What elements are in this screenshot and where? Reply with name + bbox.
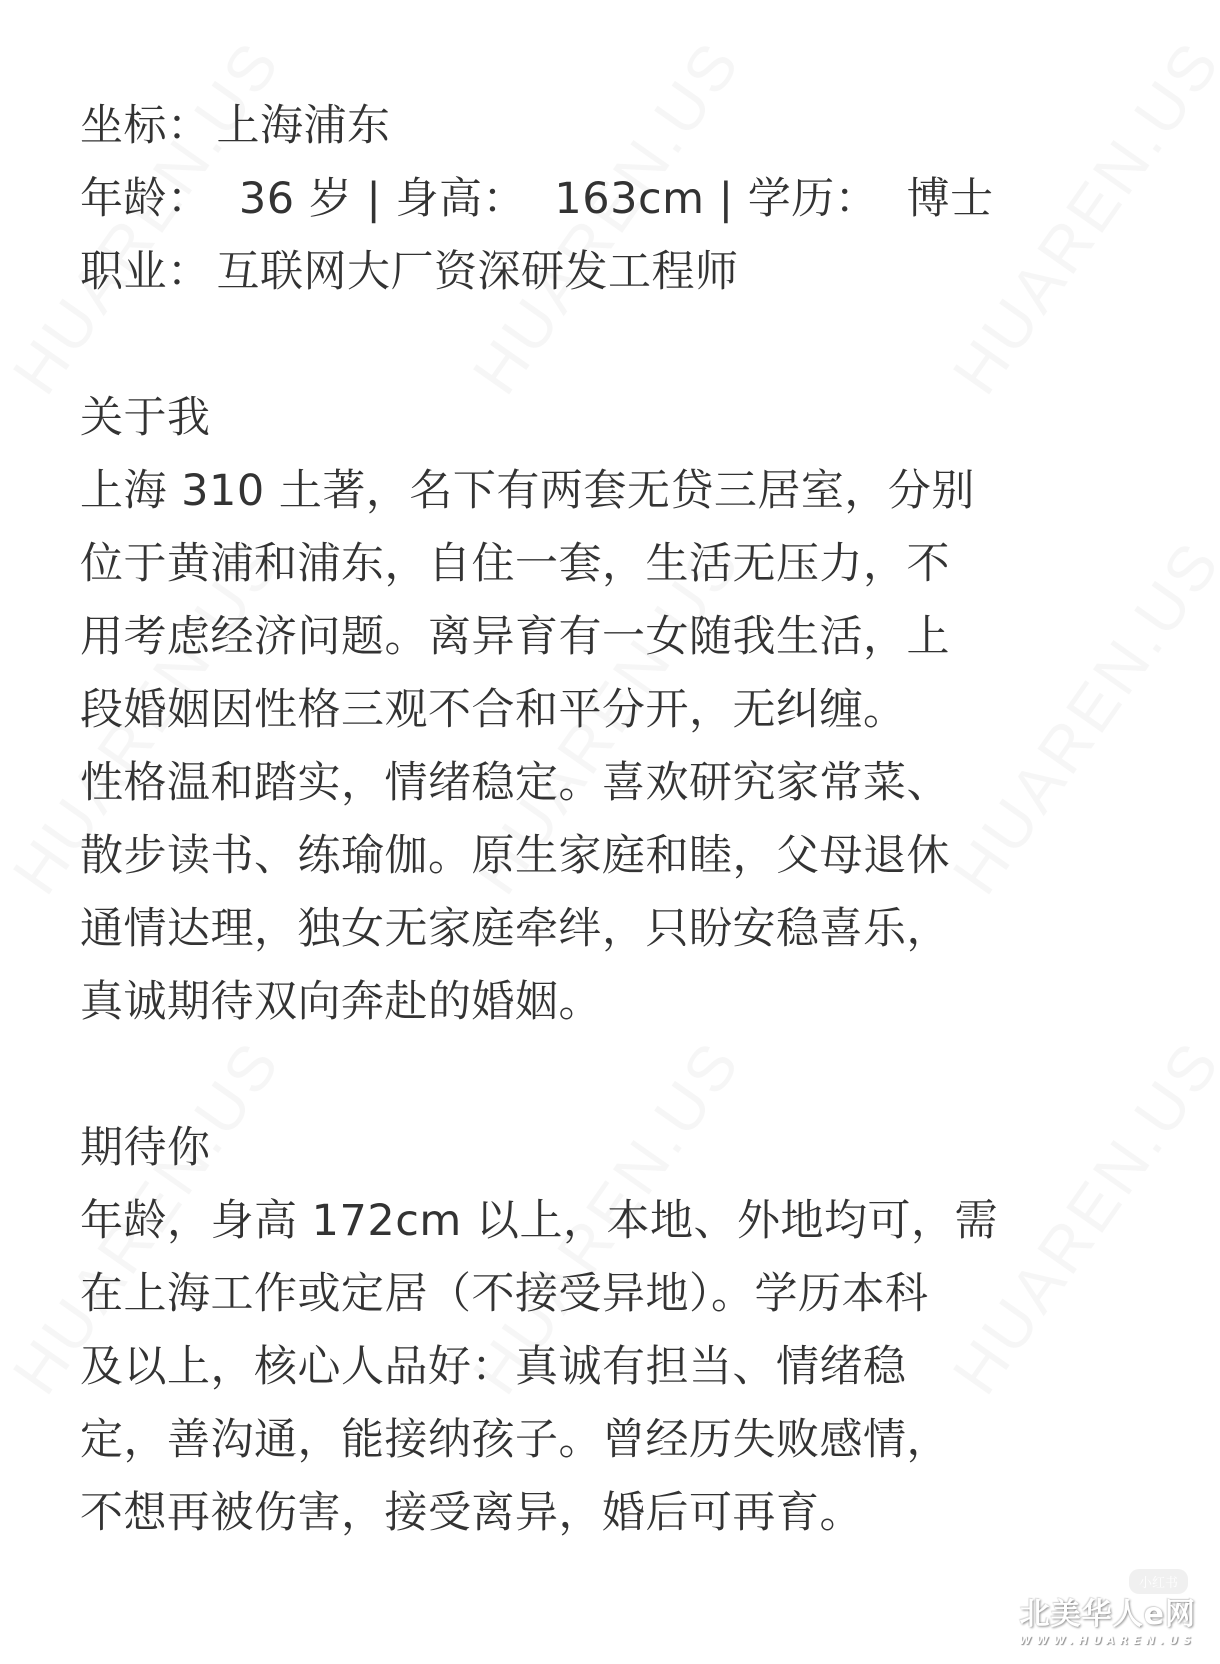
- source-badge: 小红书: [1129, 1569, 1188, 1594]
- spacer: [80, 1039, 1130, 1112]
- location-label: 坐标：: [80, 101, 211, 151]
- about-line: 散步读书、练瑜伽。原生家庭和睦，父母退休: [80, 820, 1130, 893]
- occupation-value: 互联网大厂资深研发工程师: [217, 247, 739, 297]
- about-line: 上海 310 土著，名下有两套无贷三居室，分别: [80, 455, 1130, 528]
- site-watermark-logo: 小红书 北美华人e网 WWW.HUAREN.US: [1006, 1569, 1196, 1650]
- expectations-line: 定，善沟通，能接纳孩子。曾经历失败感情，: [80, 1404, 1130, 1477]
- age-height-education-line: 年龄： 36 岁 | 身高： 163cm | 学历： 博士: [80, 163, 1130, 236]
- location-value: 上海浦东: [217, 101, 391, 151]
- expectations-line: 年龄，身高 172cm 以上，本地、外地均可，需: [80, 1185, 1130, 1258]
- about-line: 用考虑经济问题。离异育有一女随我生活，上: [80, 601, 1130, 674]
- expectations-heading: 期待你: [80, 1112, 1130, 1185]
- location-line: 坐标：上海浦东: [80, 90, 1130, 163]
- logo-name: 北美华人e网: [1006, 1598, 1196, 1632]
- expectations-paragraph: 年龄，身高 172cm 以上，本地、外地均可，需 在上海工作或定居（不接受异地）…: [80, 1185, 1130, 1550]
- occupation-label: 职业：: [80, 247, 211, 297]
- expectations-line: 不想再被伤害，接受离异，婚后可再育。: [80, 1477, 1130, 1550]
- about-heading: 关于我: [80, 382, 1130, 455]
- expectations-line: 及以上，核心人品好：真诚有担当、情绪稳: [80, 1331, 1130, 1404]
- expectations-line: 在上海工作或定居（不接受异地）。学历本科: [80, 1258, 1130, 1331]
- spacer: [80, 309, 1130, 382]
- about-line: 性格温和踏实，情绪稳定。喜欢研究家常菜、: [80, 747, 1130, 820]
- logo-url: WWW.HUAREN.US: [1006, 1632, 1196, 1650]
- about-line: 位于黄浦和浦东，自住一套，生活无压力，不: [80, 528, 1130, 601]
- profile-document: 坐标：上海浦东 年龄： 36 岁 | 身高： 163cm | 学历： 博士 职业…: [80, 90, 1130, 1550]
- about-line: 段婚姻因性格三观不合和平分开，无纠缠。: [80, 674, 1130, 747]
- about-line: 通情达理，独女无家庭牵绊，只盼安稳喜乐，: [80, 893, 1130, 966]
- about-paragraph: 上海 310 土著，名下有两套无贷三居室，分别 位于黄浦和浦东，自住一套，生活无…: [80, 455, 1130, 1039]
- occupation-line: 职业：互联网大厂资深研发工程师: [80, 236, 1130, 309]
- about-line: 真诚期待双向奔赴的婚姻。: [80, 966, 1130, 1039]
